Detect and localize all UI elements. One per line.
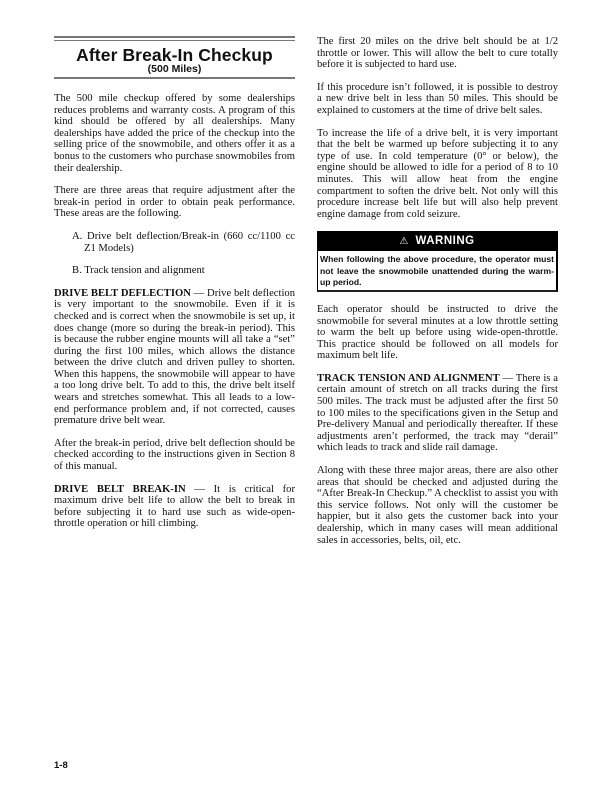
deflection-heading: DRIVE BELT DEFLECTION bbox=[54, 288, 191, 299]
list-marker: B. bbox=[72, 265, 82, 276]
left-column: After Break-In Checkup (500 Miles) The 5… bbox=[54, 36, 295, 541]
warning-label: WARNING bbox=[416, 235, 475, 247]
after-break-in-paragraph: After the break-in period, drive belt de… bbox=[54, 438, 295, 473]
track-text: There is a certain amount of stretch on … bbox=[317, 373, 558, 454]
list-item: A. Drive belt deflection/Break-in (660 c… bbox=[72, 231, 295, 254]
list-text: Drive belt deflection/Break-in (660 cc/1… bbox=[84, 231, 295, 254]
page-title: After Break-In Checkup bbox=[54, 46, 295, 64]
header-top-rule bbox=[54, 36, 295, 41]
warning-text: When following the above procedure, the … bbox=[318, 251, 556, 290]
track-paragraph: TRACK TENSION AND ALIGNMENT — There is a… bbox=[317, 373, 558, 454]
list-item: B. Track tension and alignment bbox=[72, 265, 295, 277]
intro-paragraph: The 500 mile checkup offered by some dea… bbox=[54, 93, 295, 174]
break-in-heading: DRIVE BELT BREAK-IN bbox=[54, 484, 186, 495]
increase-life-paragraph: To increase the life of a drive belt, it… bbox=[317, 128, 558, 221]
page-subtitle: (500 Miles) bbox=[54, 64, 295, 75]
areas-intro-paragraph: There are three areas that require adjus… bbox=[54, 185, 295, 220]
operator-paragraph: Each operator should be instructed to dr… bbox=[317, 304, 558, 362]
header-bottom-rule bbox=[54, 77, 295, 79]
warning-triangle-icon: ⚠ bbox=[399, 236, 408, 247]
break-in-paragraph: DRIVE BELT BREAK-IN — It is critical for… bbox=[54, 484, 295, 530]
along-with-paragraph: Along with these three major areas, ther… bbox=[317, 465, 558, 546]
warning-header: ⚠ WARNING bbox=[318, 232, 556, 251]
not-followed-paragraph: If this procedure isn’t followed, it is … bbox=[317, 82, 558, 117]
deflection-paragraph: DRIVE BELT DEFLECTION — Drive belt defle… bbox=[54, 288, 295, 427]
manual-page: After Break-In Checkup (500 Miles) The 5… bbox=[0, 0, 612, 792]
page-number: 1-8 bbox=[54, 760, 68, 771]
separator: — bbox=[191, 288, 207, 299]
deflection-text: Drive belt deflection is very important … bbox=[54, 288, 295, 427]
section-header: After Break-In Checkup (500 Miles) bbox=[54, 36, 295, 79]
track-heading: TRACK TENSION AND ALIGNMENT bbox=[317, 373, 500, 384]
warning-box: ⚠ WARNING When following the above proce… bbox=[317, 231, 558, 292]
separator: — bbox=[500, 373, 516, 384]
right-column: The first 20 miles on the drive belt sho… bbox=[317, 36, 558, 557]
list-text: Track tension and alignment bbox=[84, 265, 205, 276]
separator: — bbox=[186, 484, 214, 495]
list-marker: A. bbox=[72, 231, 82, 242]
first-20-miles-paragraph: The first 20 miles on the drive belt sho… bbox=[317, 36, 558, 71]
